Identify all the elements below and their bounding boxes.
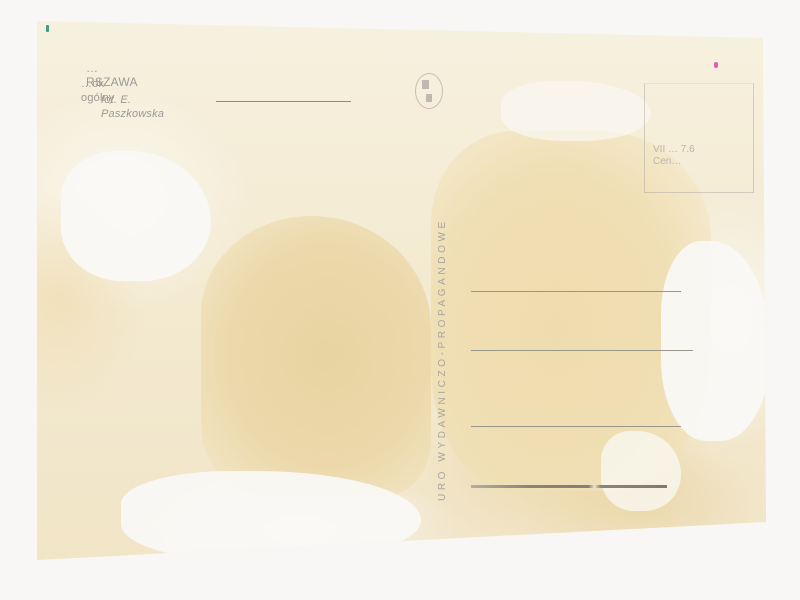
address-line <box>471 350 693 351</box>
peeled-area <box>501 81 651 141</box>
caption-photographer: fot. E. Paszkowska <box>101 93 164 121</box>
peeled-area <box>661 241 771 441</box>
address-line <box>471 291 681 292</box>
photo-scene: …RSZAWA …ok ogólny fot. E. Paszkowska UR… <box>0 0 800 600</box>
teal-ink-mark <box>46 25 49 32</box>
pink-ink-mark <box>714 62 718 68</box>
print-code-bar <box>471 485 667 488</box>
postcard-back: …RSZAWA …ok ogólny fot. E. Paszkowska UR… <box>0 0 800 600</box>
publisher-divider-text: URO WYDAWNICZO-PROPAGANDOWE <box>437 218 448 501</box>
stamp-area-text: VII … 7.6 Cen… <box>653 144 695 168</box>
water-stain-left <box>201 216 431 496</box>
address-line <box>471 426 681 427</box>
peeled-area <box>61 151 211 281</box>
stamp-area <box>644 83 754 193</box>
publisher-logo-icon <box>415 73 443 109</box>
caption-rule <box>216 101 351 102</box>
